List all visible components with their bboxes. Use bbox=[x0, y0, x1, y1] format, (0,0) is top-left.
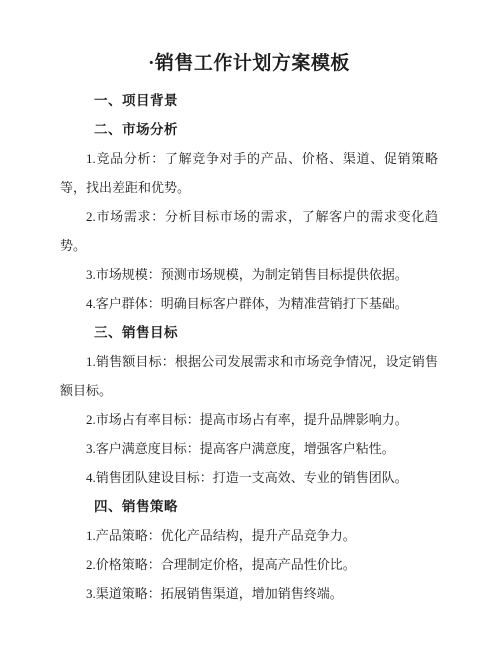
paragraph-customer-satisfaction-target: 3.客户满意度目标：提高客户满意度，增强客户粘性。 bbox=[60, 434, 438, 463]
section-heading-project-background: 一、项目背景 bbox=[60, 86, 438, 115]
paragraph-sales-team-target: 4.销售团队建设目标：打造一支高效、专业的销售团队。 bbox=[60, 463, 438, 492]
section-heading-market-analysis: 二、市场分析 bbox=[60, 115, 438, 144]
paragraph-customer-groups: 4.客户群体：明确目标客户群体，为精准营销打下基础。 bbox=[60, 289, 438, 318]
paragraph-sales-amount-target: 1.销售额目标：根据公司发展需求和市场竞争情况，设定销售额目标。 bbox=[60, 347, 438, 405]
paragraph-market-size: 3.市场规模：预测市场规模，为制定销售目标提供依据。 bbox=[60, 260, 438, 289]
paragraph-market-demand: 2.市场需求：分析目标市场的需求，了解客户的需求变化趋势。 bbox=[60, 202, 438, 260]
section-heading-sales-targets: 三、销售目标 bbox=[60, 318, 438, 347]
paragraph-market-share-target: 2.市场占有率目标：提高市场占有率，提升品牌影响力。 bbox=[60, 405, 438, 434]
section-heading-sales-strategy: 四、销售策略 bbox=[60, 492, 438, 521]
paragraph-product-strategy: 1.产品策略：优化产品结构，提升产品竞争力。 bbox=[60, 521, 438, 550]
document-title: ·销售工作计划方案模板 bbox=[60, 50, 438, 78]
document-page: ·销售工作计划方案模板 一、项目背景 二、市场分析 1.竞品分析：了解竞争对手的… bbox=[0, 0, 500, 647]
paragraph-competitor-analysis: 1.竞品分析：了解竞争对手的产品、价格、渠道、促销策略等，找出差距和优势。 bbox=[60, 144, 438, 202]
paragraph-price-strategy: 2.价格策略：合理制定价格，提高产品性价比。 bbox=[60, 550, 438, 579]
paragraph-channel-strategy: 3.渠道策略：拓展销售渠道，增加销售终端。 bbox=[60, 579, 438, 608]
